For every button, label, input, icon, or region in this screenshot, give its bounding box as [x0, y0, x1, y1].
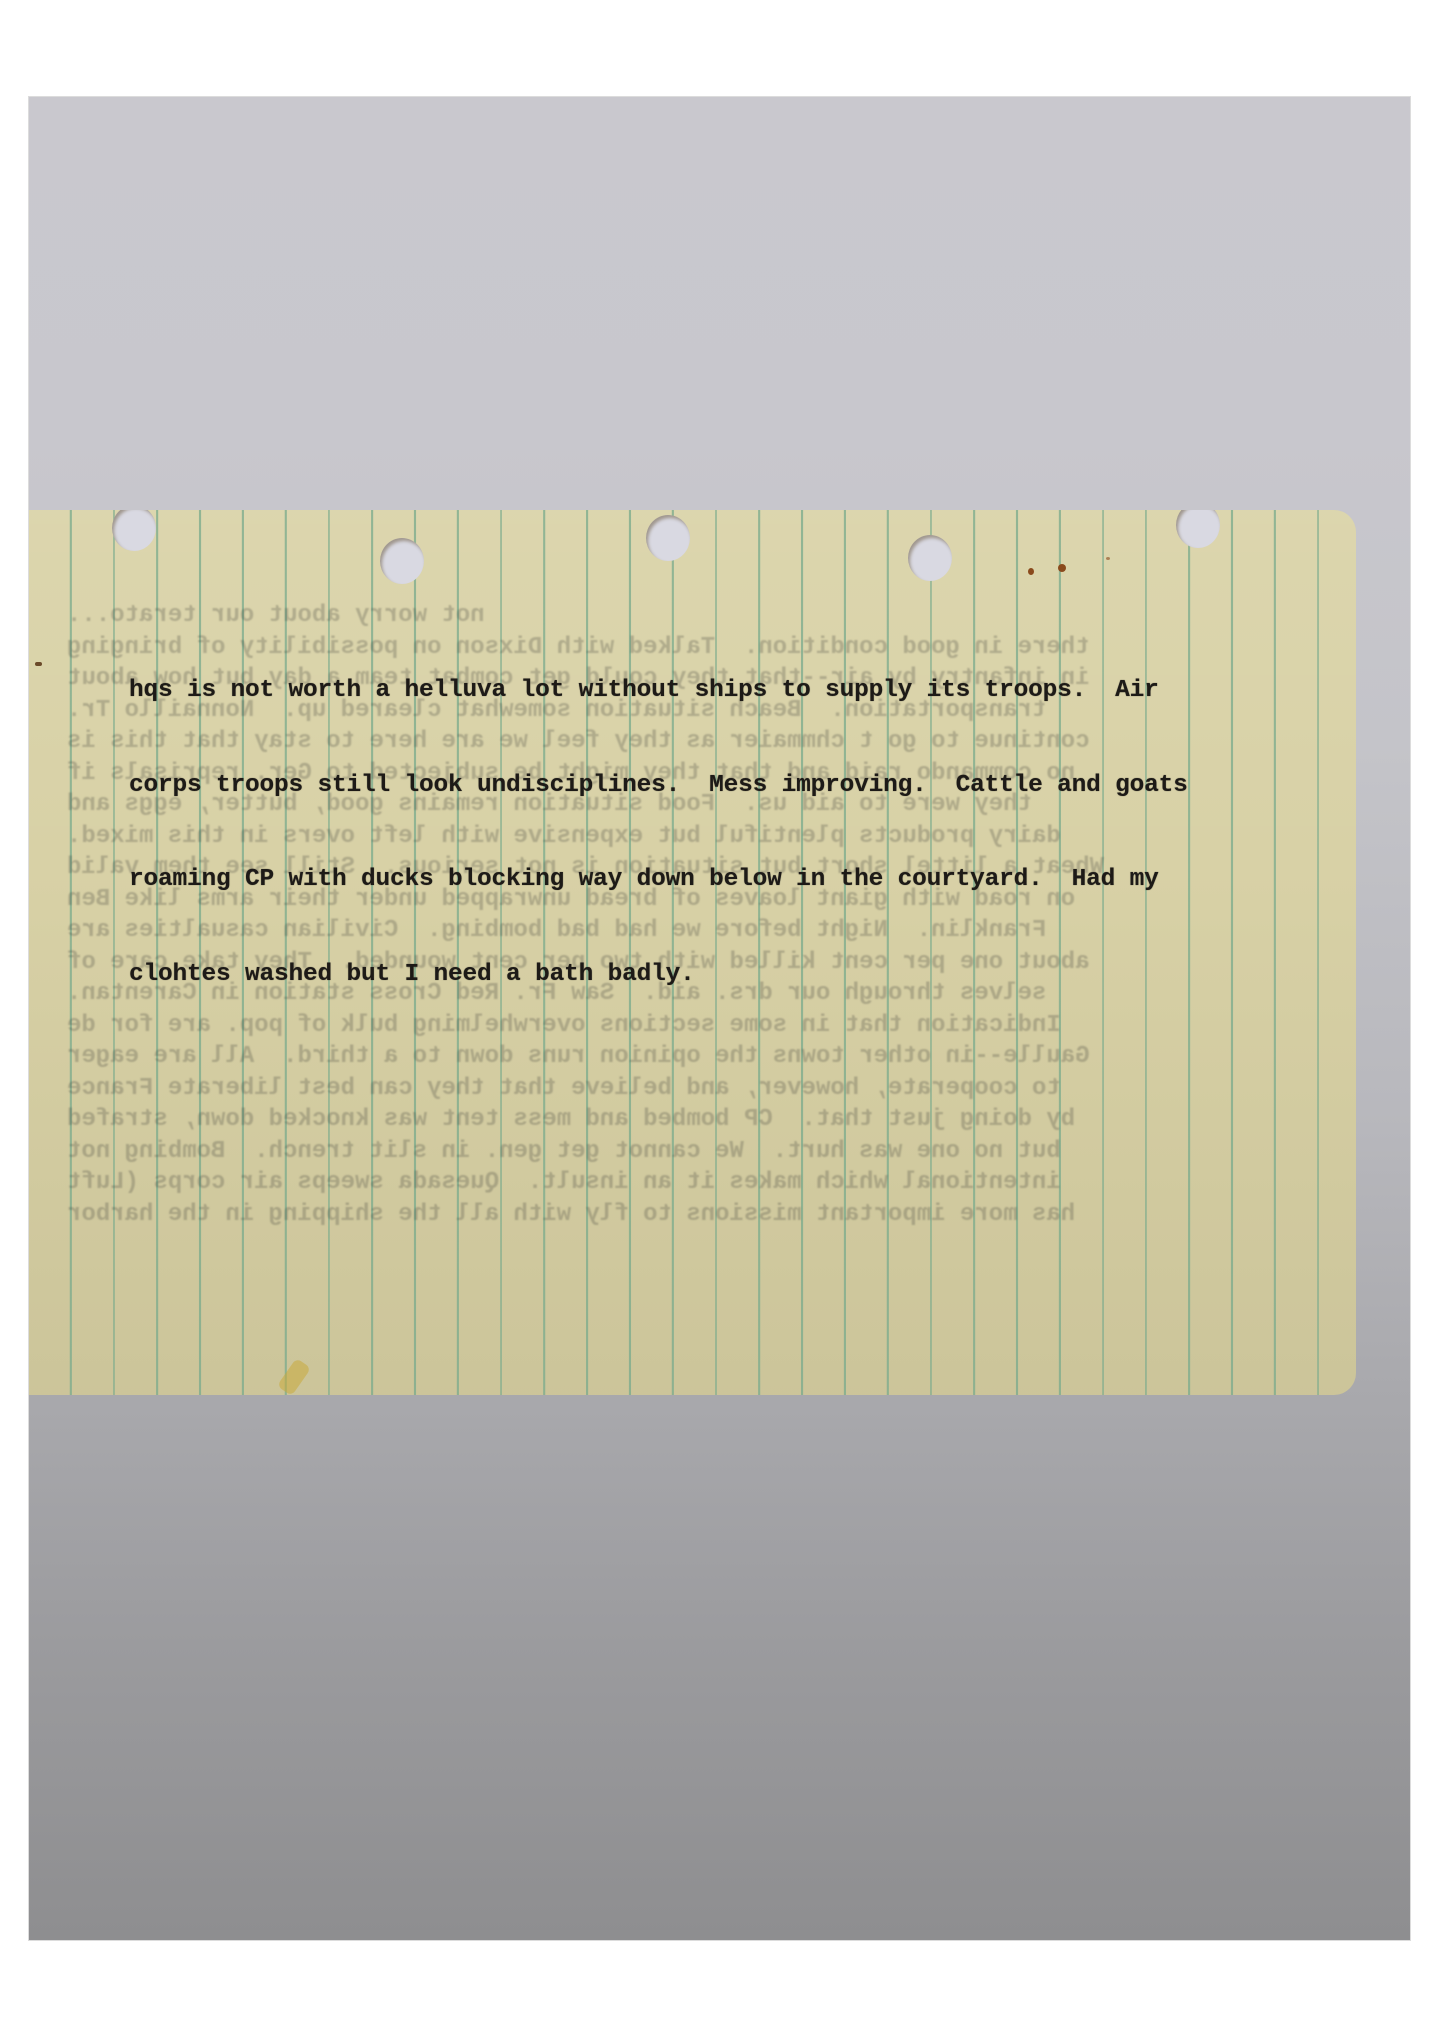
binder-hole-icon [646, 515, 690, 561]
bleed-through-line: has more important missions to fly with … [67, 1199, 1267, 1231]
binder-hole-icon [1176, 510, 1220, 548]
bleed-through-line: but no one was hurt. We cannot get gen. … [67, 1136, 1267, 1168]
scanned-photo-backdrop: not worry about our terato...there in go… [29, 97, 1410, 1940]
typed-line: corps troops still look undisciplines. M… [129, 770, 1188, 802]
typed-line: hqs is not worth a helluva lot without s… [129, 675, 1188, 707]
binder-hole-icon [380, 538, 424, 584]
binder-hole-icon [112, 510, 156, 551]
bleed-through-line: intentional which makes it an insult. Qu… [67, 1167, 1267, 1199]
bleed-through-line: to cooperate, however, and believe that … [67, 1073, 1267, 1105]
edge-mark [35, 662, 42, 666]
rust-spot-icon [1058, 564, 1066, 572]
stain-mark [277, 1358, 311, 1395]
typed-line: clohtes washed but I need a bath badly. [129, 959, 1188, 991]
rust-spot-icon [1106, 557, 1110, 560]
typed-entry: hqs is not worth a helluva lot without s… [129, 612, 1188, 1053]
binder-hole-icon [908, 535, 952, 581]
typed-line: roaming CP with ducks blocking way down … [129, 864, 1188, 896]
loose-leaf-page: not worry about our terato...there in go… [29, 510, 1356, 1395]
bleed-through-line: by doing just that. CP bombed and mess t… [67, 1104, 1267, 1136]
rust-spot-icon [1028, 568, 1034, 575]
